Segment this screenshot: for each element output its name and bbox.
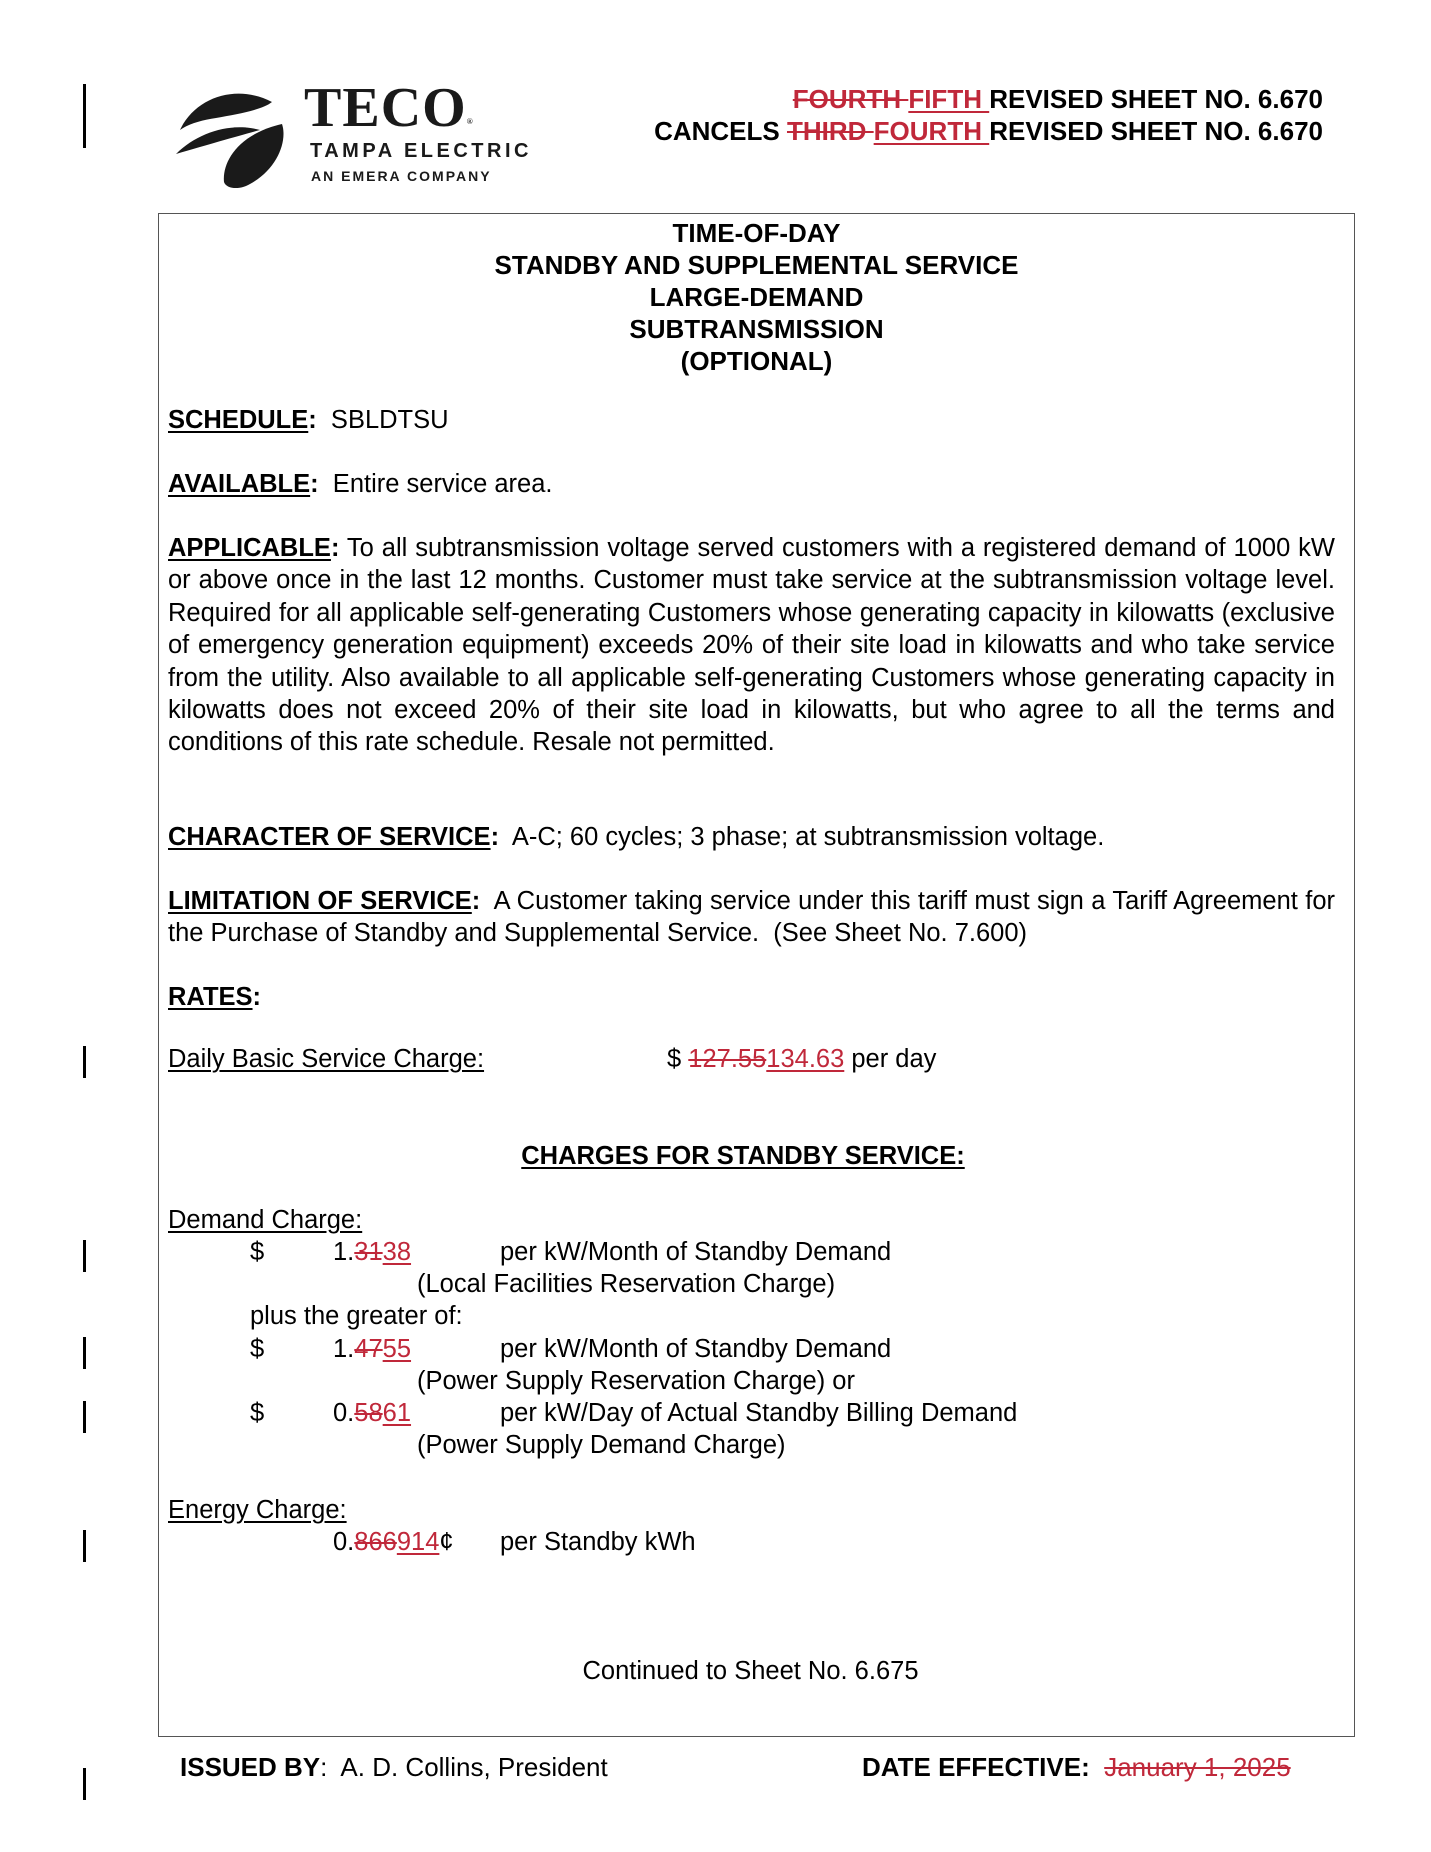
section-label: APPLICABLE [168,534,331,562]
rate-description: per kW/Month of Standby Demand [500,1335,891,1364]
inserted-text: FIFTH [908,84,989,114]
plus-greater-of: plus the greater of: [250,1302,463,1331]
section-label: CHARACTER OF SERVICE [168,823,491,851]
rate-value: 1.3138 [333,1238,411,1267]
schedule-code: SBLDTSU [317,406,449,434]
deleted-text: 866 [354,1528,397,1556]
revision-bar [83,1401,86,1433]
inserted-text: 38 [383,1238,411,1266]
deleted-text: FOURTH [793,84,909,114]
schedule-title-line: (OPTIONAL) [158,346,1355,377]
deleted-text: 47 [354,1335,382,1363]
currency-symbol: $ [250,1399,264,1428]
inserted-text: 61 [383,1399,411,1427]
revision-bar [83,84,86,148]
sheet-cancels-line: CANCELS THIRD FOURTH REVISED SHEET NO. 6… [654,116,1323,147]
deleted-text: THIRD [787,116,874,146]
date-effective: DATE EFFECTIVE: January 1, 2025 [862,1752,1291,1783]
revision-bar [83,1768,86,1800]
standby-charges-heading: CHARGES FOR STANDBY SERVICE: [0,1142,1431,1171]
rate-value: 0.5861 [333,1399,411,1428]
currency-symbol: $ [250,1238,264,1267]
schedule-title-line: STANDBY AND SUPPLEMENTAL SERVICE [158,250,1355,281]
schedule-title-line: SUBTRANSMISSION [158,314,1355,345]
inserted-text: 134.63 [766,1045,844,1073]
rates-heading: RATES: [168,981,1335,1013]
rate-description: per kW/Month of Standby Demand [500,1238,891,1267]
revision-bar [83,1530,86,1562]
rate-value: 1.4755 [333,1335,411,1364]
inserted-text: 55 [383,1335,411,1363]
deleted-date: January 1, 2025 [1104,1752,1290,1782]
date-effective-label: DATE EFFECTIVE: [862,1752,1090,1782]
character-of-service-section: CHARACTER OF SERVICE: A-C; 60 cycles; 3 … [168,821,1335,853]
schedule-title-line: LARGE-DEMAND [158,282,1355,313]
daily-basic-value: $ 127.55134.63 per day [667,1045,936,1074]
revision-bar [83,1240,86,1272]
section-label: LIMITATION OF SERVICE [168,887,472,915]
rate-description: per kW/Day of Actual Standby Billing Dem… [500,1399,1017,1428]
teco-logo: TECO® TAMPA ELECTRIC AN EMERA COMPANY [176,82,576,192]
issued-by-label: ISSUED BY [180,1752,320,1782]
applicable-section: APPLICABLE: To all subtransmission volta… [168,532,1335,759]
currency-symbol: $ [250,1335,264,1364]
logo-subtitle: TAMPA ELECTRIC [310,140,532,163]
limitation-of-service-section: LIMITATION OF SERVICE: A Customer taking… [168,885,1335,950]
rate-description: per Standby kWh [500,1528,696,1557]
schedule-title-line: TIME-OF-DAY [158,218,1355,249]
issued-by: ISSUED BY: A. D. Collins, President [180,1752,608,1783]
available-section: AVAILABLE: Entire service area. [168,468,1335,500]
sheet-revision-line: FOURTH FIFTH REVISED SHEET NO. 6.670 [793,84,1323,115]
rate-note: (Power Supply Reservation Charge) or [417,1367,855,1396]
section-label: RATES [168,983,253,1011]
rate-note: (Power Supply Demand Charge) [417,1431,786,1460]
energy-rate-value: 0.866914¢ [333,1528,454,1557]
inserted-text: 914 [397,1528,440,1556]
daily-basic-label: Daily Basic Service Charge: [168,1045,484,1074]
logo-tagline: AN EMERA COMPANY [311,168,492,184]
deleted-text: 31 [354,1238,382,1266]
issued-by-value: A. D. Collins, President [327,1752,607,1782]
inserted-text: FOURTH [874,116,990,146]
energy-charge-label: Energy Charge: [168,1496,347,1525]
deleted-text: 58 [354,1399,382,1427]
rate-note: (Local Facilities Reservation Charge) [417,1270,835,1299]
revision-bar [83,1046,86,1078]
teco-swoosh-icon [176,82,296,188]
schedule-section: SCHEDULE: SBLDTSU [168,404,1335,436]
revision-bar [83,1337,86,1369]
section-label: AVAILABLE [168,470,310,498]
section-label: SCHEDULE [168,406,308,434]
deleted-text: 127.55 [688,1045,766,1073]
demand-charge-label: Demand Charge: [168,1206,362,1235]
continued-note: Continued to Sheet No. 6.675 [0,1657,1431,1686]
